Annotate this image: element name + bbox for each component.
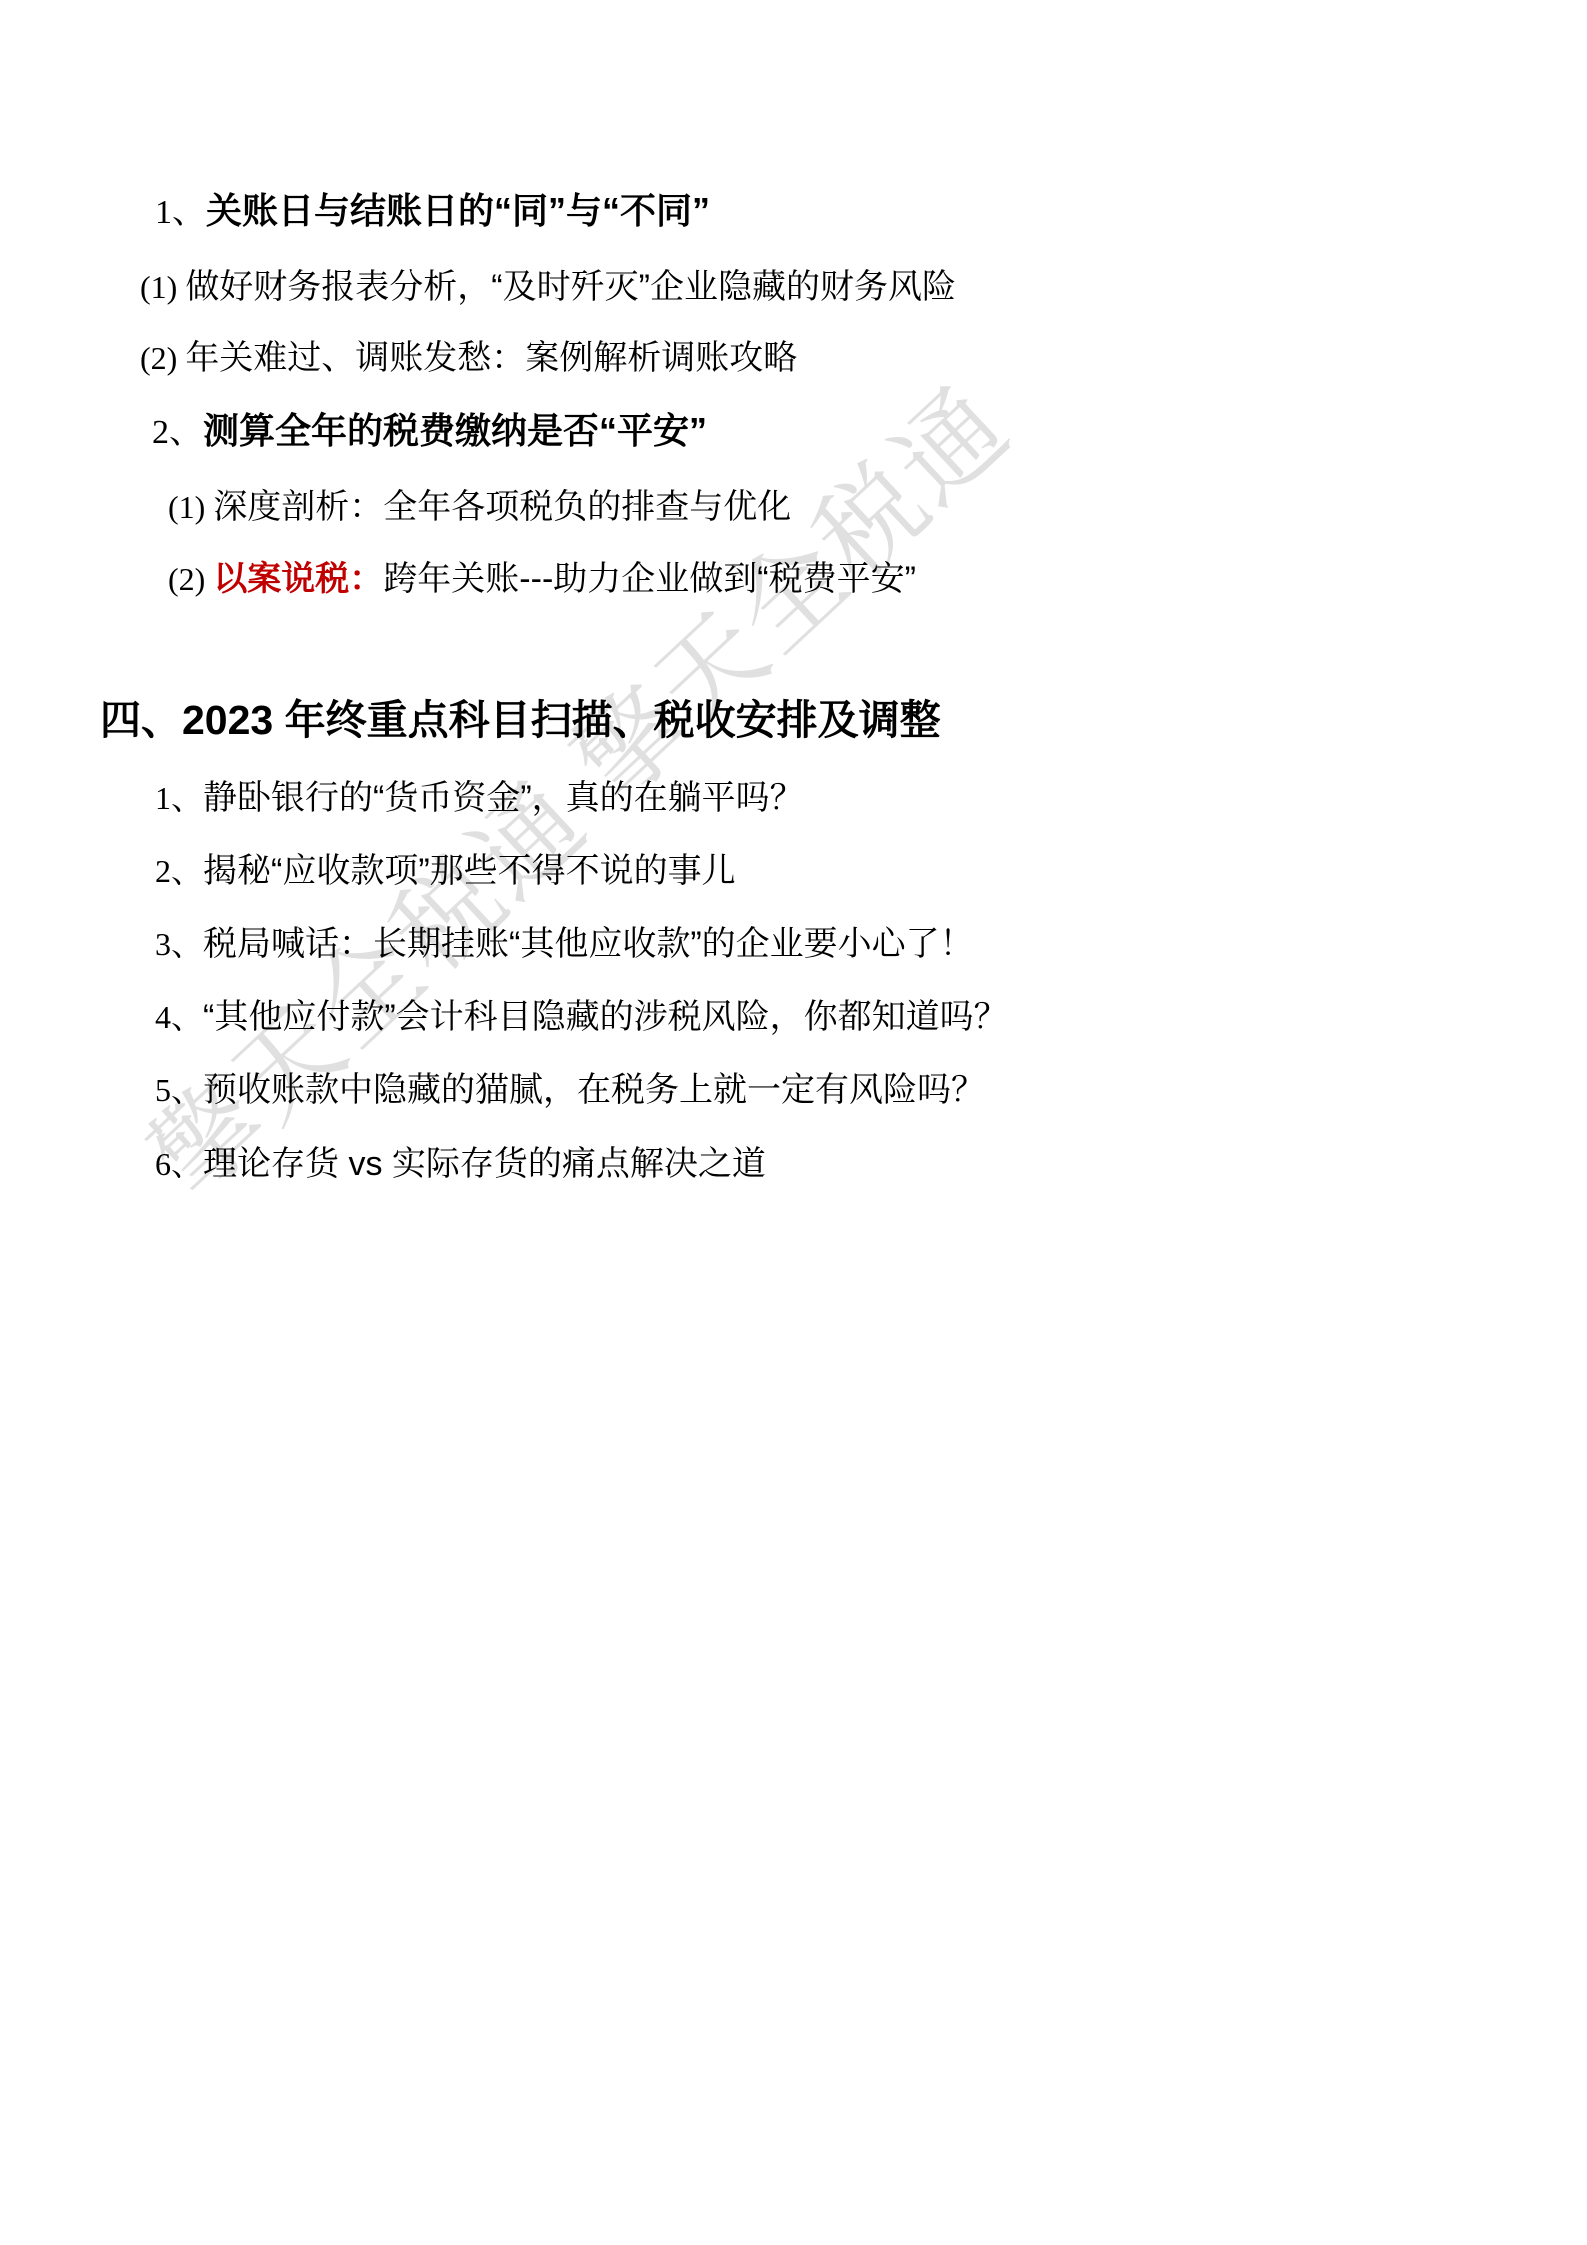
outline-item-4-2: 2、揭秘“应收款项”那些不得不说的事儿 xyxy=(155,850,736,893)
item-text: 预收账款中隐藏的猫腻，在税务上就一定有风险吗？ xyxy=(203,1071,985,1109)
outline-item-2-2: (2) 以案说税：跨年关账---助力企业做到“税费平安” xyxy=(168,558,916,601)
item-number: 4、 xyxy=(155,999,203,1035)
section-number: 四、 xyxy=(100,697,182,743)
red-highlight-text: 以案说税： xyxy=(213,560,383,598)
item-number: 6、 xyxy=(155,1146,203,1182)
item-number: 2、 xyxy=(155,853,203,889)
item-text: 年关难过、调账发愁：案例解析调账攻略 xyxy=(185,339,797,377)
item-number: (2) xyxy=(140,340,185,376)
item-text: 静卧银行的“货币资金”，真的在躺平吗？ xyxy=(203,779,804,817)
item-text: 揭秘“应收款项”那些不得不说的事儿 xyxy=(203,852,736,890)
outline-subheading-1: 1、关账日与结账日的“同”与“不同” xyxy=(155,188,710,235)
item-text: 跨年关账---助力企业做到“税费平安” xyxy=(383,560,916,598)
item-number: 1、 xyxy=(155,194,206,231)
outline-subheading-2: 2、测算全年的税费缴纳是否“平安” xyxy=(152,408,707,455)
subheading-text: 关账日与结账日的“同”与“不同” xyxy=(206,190,710,231)
outline-item-2-1: (1) 深度剖析：全年各项税负的排查与优化 xyxy=(168,486,791,529)
outline-item-4-5: 5、预收账款中隐藏的猫腻，在税务上就一定有风险吗？ xyxy=(155,1069,985,1112)
item-number: 1、 xyxy=(155,780,203,816)
item-number: 5、 xyxy=(155,1072,203,1108)
subheading-text: 测算全年的税费缴纳是否“平安” xyxy=(203,410,707,451)
outline-item-4-3: 3、税局喊话：长期挂账“其他应收款”的企业要小心了！ xyxy=(155,923,974,966)
outline-item-4-4: 4、“其他应付款”会计科目隐藏的涉税风险，你都知道吗？ xyxy=(155,996,1008,1039)
outline-item-4-1: 1、静卧银行的“货币资金”，真的在躺平吗？ xyxy=(155,777,804,820)
item-number: (1) xyxy=(140,269,185,305)
outline-item-4-6: 6、理论存货 vs 实际存货的痛点解决之道 xyxy=(155,1143,766,1186)
outline-item-1-1: (1) 做好财务报表分析，“及时歼灭”企业隐藏的财务风险 xyxy=(140,266,956,309)
section-title: 2023 年终重点科目扫描、税收安排及调整 xyxy=(182,697,941,743)
item-text: 理论存货 vs 实际存货的痛点解决之道 xyxy=(203,1145,766,1183)
item-number: 2、 xyxy=(152,414,203,451)
item-text: 税局喊话：长期挂账“其他应收款”的企业要小心了！ xyxy=(203,925,974,963)
item-text: 深度剖析：全年各项税负的排查与优化 xyxy=(213,488,791,526)
outline-item-1-2: (2) 年关难过、调账发愁：案例解析调账攻略 xyxy=(140,337,797,380)
item-number: (1) xyxy=(168,489,213,525)
document-page: 擎天全税通 擎天全税通 1、关账日与结账日的“同”与“不同” (1) 做好财务报… xyxy=(0,0,1587,2245)
item-number: 3、 xyxy=(155,926,203,962)
item-text: 做好财务报表分析，“及时歼灭”企业隐藏的财务风险 xyxy=(185,268,956,306)
item-number: (2) xyxy=(168,561,213,597)
section-heading-4: 四、2023 年终重点科目扫描、税收安排及调整 xyxy=(100,695,941,746)
item-text: “其他应付款”会计科目隐藏的涉税风险，你都知道吗？ xyxy=(203,998,1008,1036)
